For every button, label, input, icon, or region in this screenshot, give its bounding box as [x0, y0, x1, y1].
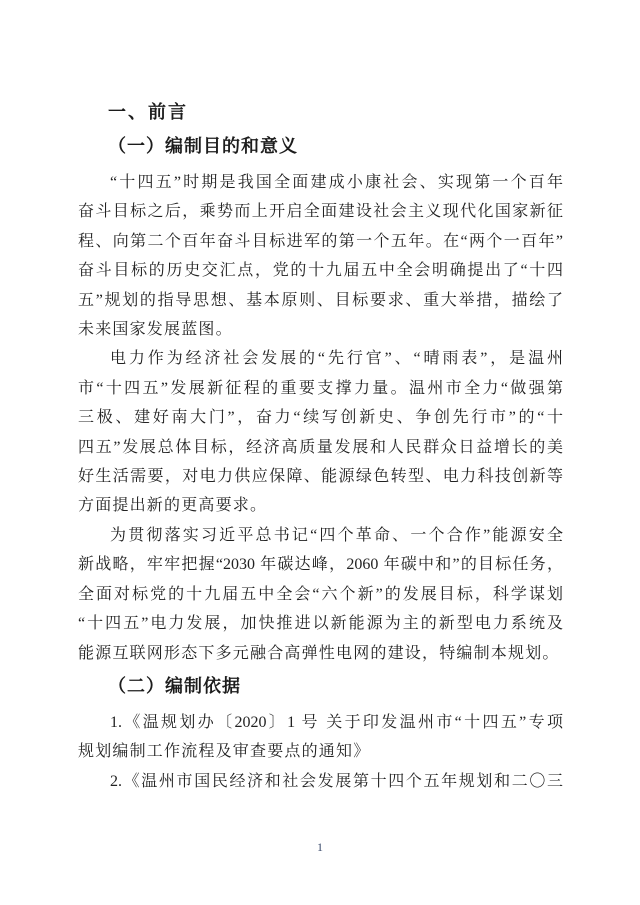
text-line: 为贯彻落实习近平总书记“四个革命、一个合作”能源安全: [78, 521, 563, 550]
text-line: 程、向第二个百年奋斗目标进军的第一个五年。在“两个一百年”: [78, 227, 563, 256]
text-line: “十四五”电力发展，加快推进以新能源为主的新型电力系统及: [78, 609, 563, 638]
text-line: 三极、建好南大门”，奋力“续写创新史、争创先行市”的“十: [78, 403, 563, 432]
text-line: 好生活需要，对电力供应保障、能源绿色转型、电力科技创新等: [78, 462, 563, 491]
subsection-heading: （一）编制目的和意义: [78, 131, 563, 162]
section-heading: 一、前言: [78, 97, 563, 128]
text-line: 五”规划的指导思想、基本原则、目标要求、重大举措，描绘了: [78, 286, 563, 315]
text-line: 方面提出新的更高要求。: [78, 491, 563, 520]
text-line: 奋斗目标的历史交汇点，党的十九届五中全会明确提出了“十四: [78, 256, 563, 285]
text-line: 奋斗目标之后，乘势而上开启全面建设社会主义现代化国家新征: [78, 197, 563, 226]
text-line: 能源互联网形态下多元融合高弹性电网的建设，特编制本规划。: [78, 639, 563, 668]
text-line: 1.《温规划办〔2020〕1 号 关于印发温州市“十四五”专项: [78, 708, 563, 737]
text-line: 规划编制工作流程及审查要点的通知》: [78, 737, 563, 766]
page-number: 1: [0, 838, 640, 856]
text-line: 未来国家发展蓝图。: [78, 315, 563, 344]
text-line: 市“十四五”发展新征程的重要支撑力量。温州市全力“做强第: [78, 374, 563, 403]
text-line: 四五”发展总体目标，经济高质量发展和人民群众日益增长的美: [78, 433, 563, 462]
subsection-heading: （二）编制依据: [78, 671, 563, 702]
text-line: “十四五”时期是我国全面建成小康社会、实现第一个百年: [78, 168, 563, 197]
document-page: 一、前言（一）编制目的和意义“十四五”时期是我国全面建成小康社会、实现第一个百年…: [0, 0, 640, 905]
text-line: 新战略，牢牢把握“2030 年碳达峰，2060 年碳中和”的目标任务，: [78, 550, 563, 579]
document-content: 一、前言（一）编制目的和意义“十四五”时期是我国全面建成小康社会、实现第一个百年…: [78, 97, 563, 796]
text-line: 2.《温州市国民经济和社会发展第十四个五年规划和二〇三: [78, 767, 563, 796]
text-line: 全面对标党的十九届五中全会“六个新”的发展目标，科学谋划: [78, 580, 563, 609]
text-line: 电力作为经济社会发展的“先行官”、“晴雨表”，是温州: [78, 344, 563, 373]
